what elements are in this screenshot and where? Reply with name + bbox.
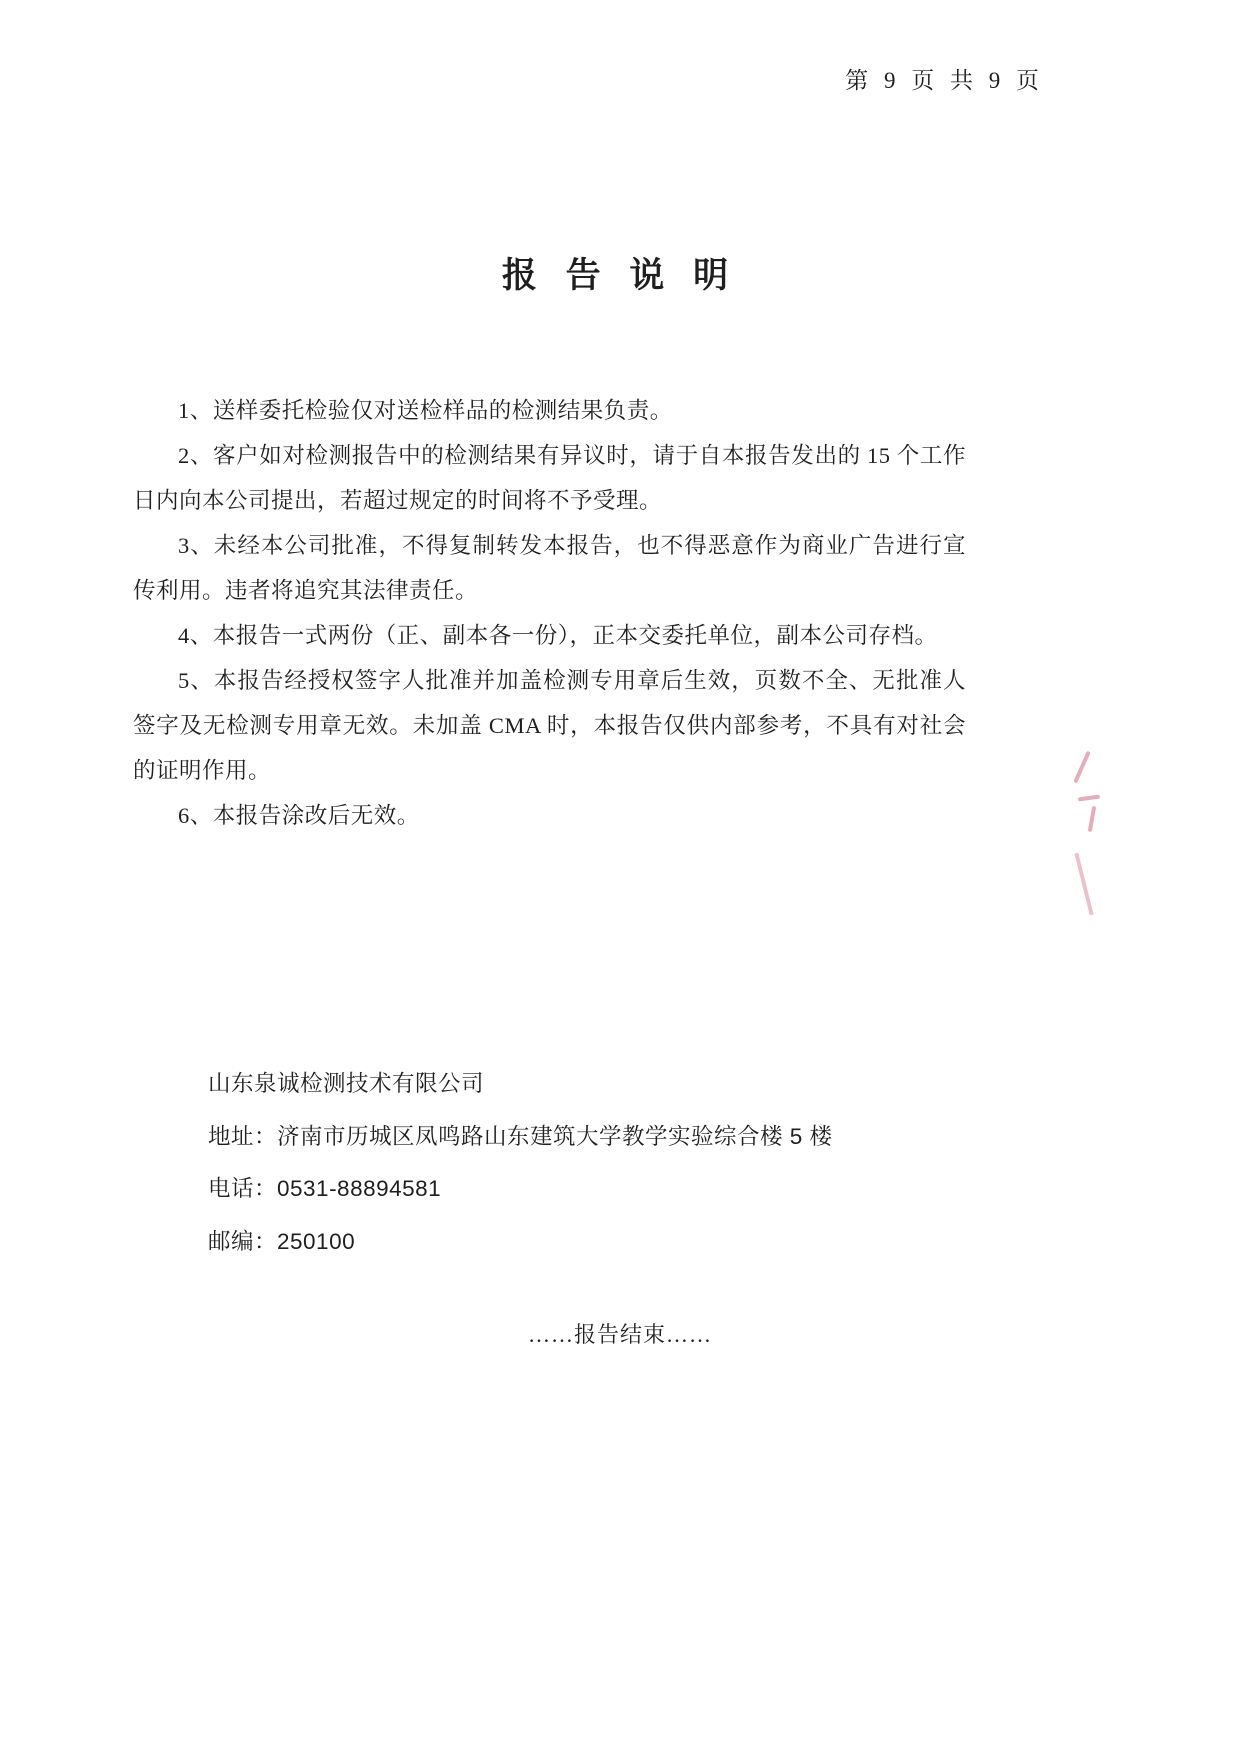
report-end-marker: ……报告结束……	[0, 1318, 1240, 1349]
note-item-1: 1、送样委托检验仅对送检样品的检测结果负责。	[133, 388, 966, 433]
company-name: 山东泉诚检测技术有限公司	[208, 1058, 833, 1111]
note-item-6: 6、本报告涂改后无效。	[133, 793, 966, 838]
note-item-3: 3、未经本公司批准，不得复制转发本报告，也不得恶意作为商业广告进行宣传利用。违者…	[133, 523, 966, 613]
address-value: 济南市历城区凤鸣路山东建筑大学教学实验综合楼 5 楼	[277, 1124, 833, 1149]
company-address: 地址：济南市历城区凤鸣路山东建筑大学教学实验综合楼 5 楼	[208, 1111, 833, 1164]
company-postcode: 邮编：250100	[208, 1216, 833, 1269]
stamp-stroke	[1073, 751, 1090, 784]
page-title: 报 告 说 明	[0, 248, 1240, 298]
postcode-value: 250100	[277, 1229, 355, 1254]
report-notes-page: 第 9 页 共 9 页 报 告 说 明 1、送样委托检验仅对送检样品的检测结果负…	[0, 0, 1240, 1754]
postcode-label: 邮编：	[208, 1229, 277, 1254]
note-item-4: 4、本报告一式两份（正、副本各一份），正本交委托单位，副本公司存档。	[133, 613, 966, 658]
address-label: 地址：	[208, 1124, 277, 1149]
phone-value: 0531-88894581	[277, 1176, 441, 1201]
page-number: 第 9 页 共 9 页	[845, 62, 1044, 95]
company-phone: 电话：0531-88894581	[208, 1163, 833, 1216]
company-info-block: 山东泉诚检测技术有限公司 地址：济南市历城区凤鸣路山东建筑大学教学实验综合楼 5…	[208, 1058, 833, 1268]
seal-stamp-fragment	[1068, 748, 1108, 918]
stamp-stroke	[1088, 806, 1096, 832]
notes-section: 1、送样委托检验仅对送检样品的检测结果负责。 2、客户如对检测报告中的检测结果有…	[133, 388, 966, 838]
note-item-5: 5、本报告经授权签字人批准并加盖检测专用章后生效，页数不全、无批准人签字及无检测…	[133, 658, 966, 793]
phone-label: 电话：	[208, 1176, 277, 1201]
stamp-stroke	[1074, 852, 1093, 915]
note-item-2: 2、客户如对检测报告中的检测结果有异议时，请于自本报告发出的 15 个工作日内向…	[133, 433, 966, 523]
stamp-stroke	[1078, 794, 1100, 801]
